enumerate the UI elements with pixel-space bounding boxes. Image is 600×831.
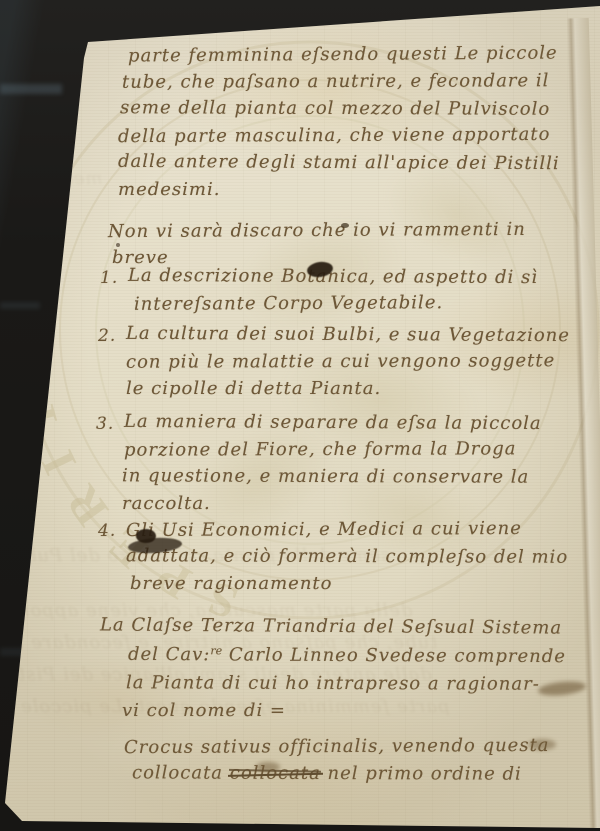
paper-sheet: SPERITATI seme della pianta col mezzo de… <box>0 0 600 831</box>
scan-streak <box>0 302 40 309</box>
ink-speck <box>44 68 49 72</box>
scan-streak <box>0 84 62 94</box>
scanned-manuscript: SPERITATI seme della pianta col mezzo de… <box>0 0 600 831</box>
